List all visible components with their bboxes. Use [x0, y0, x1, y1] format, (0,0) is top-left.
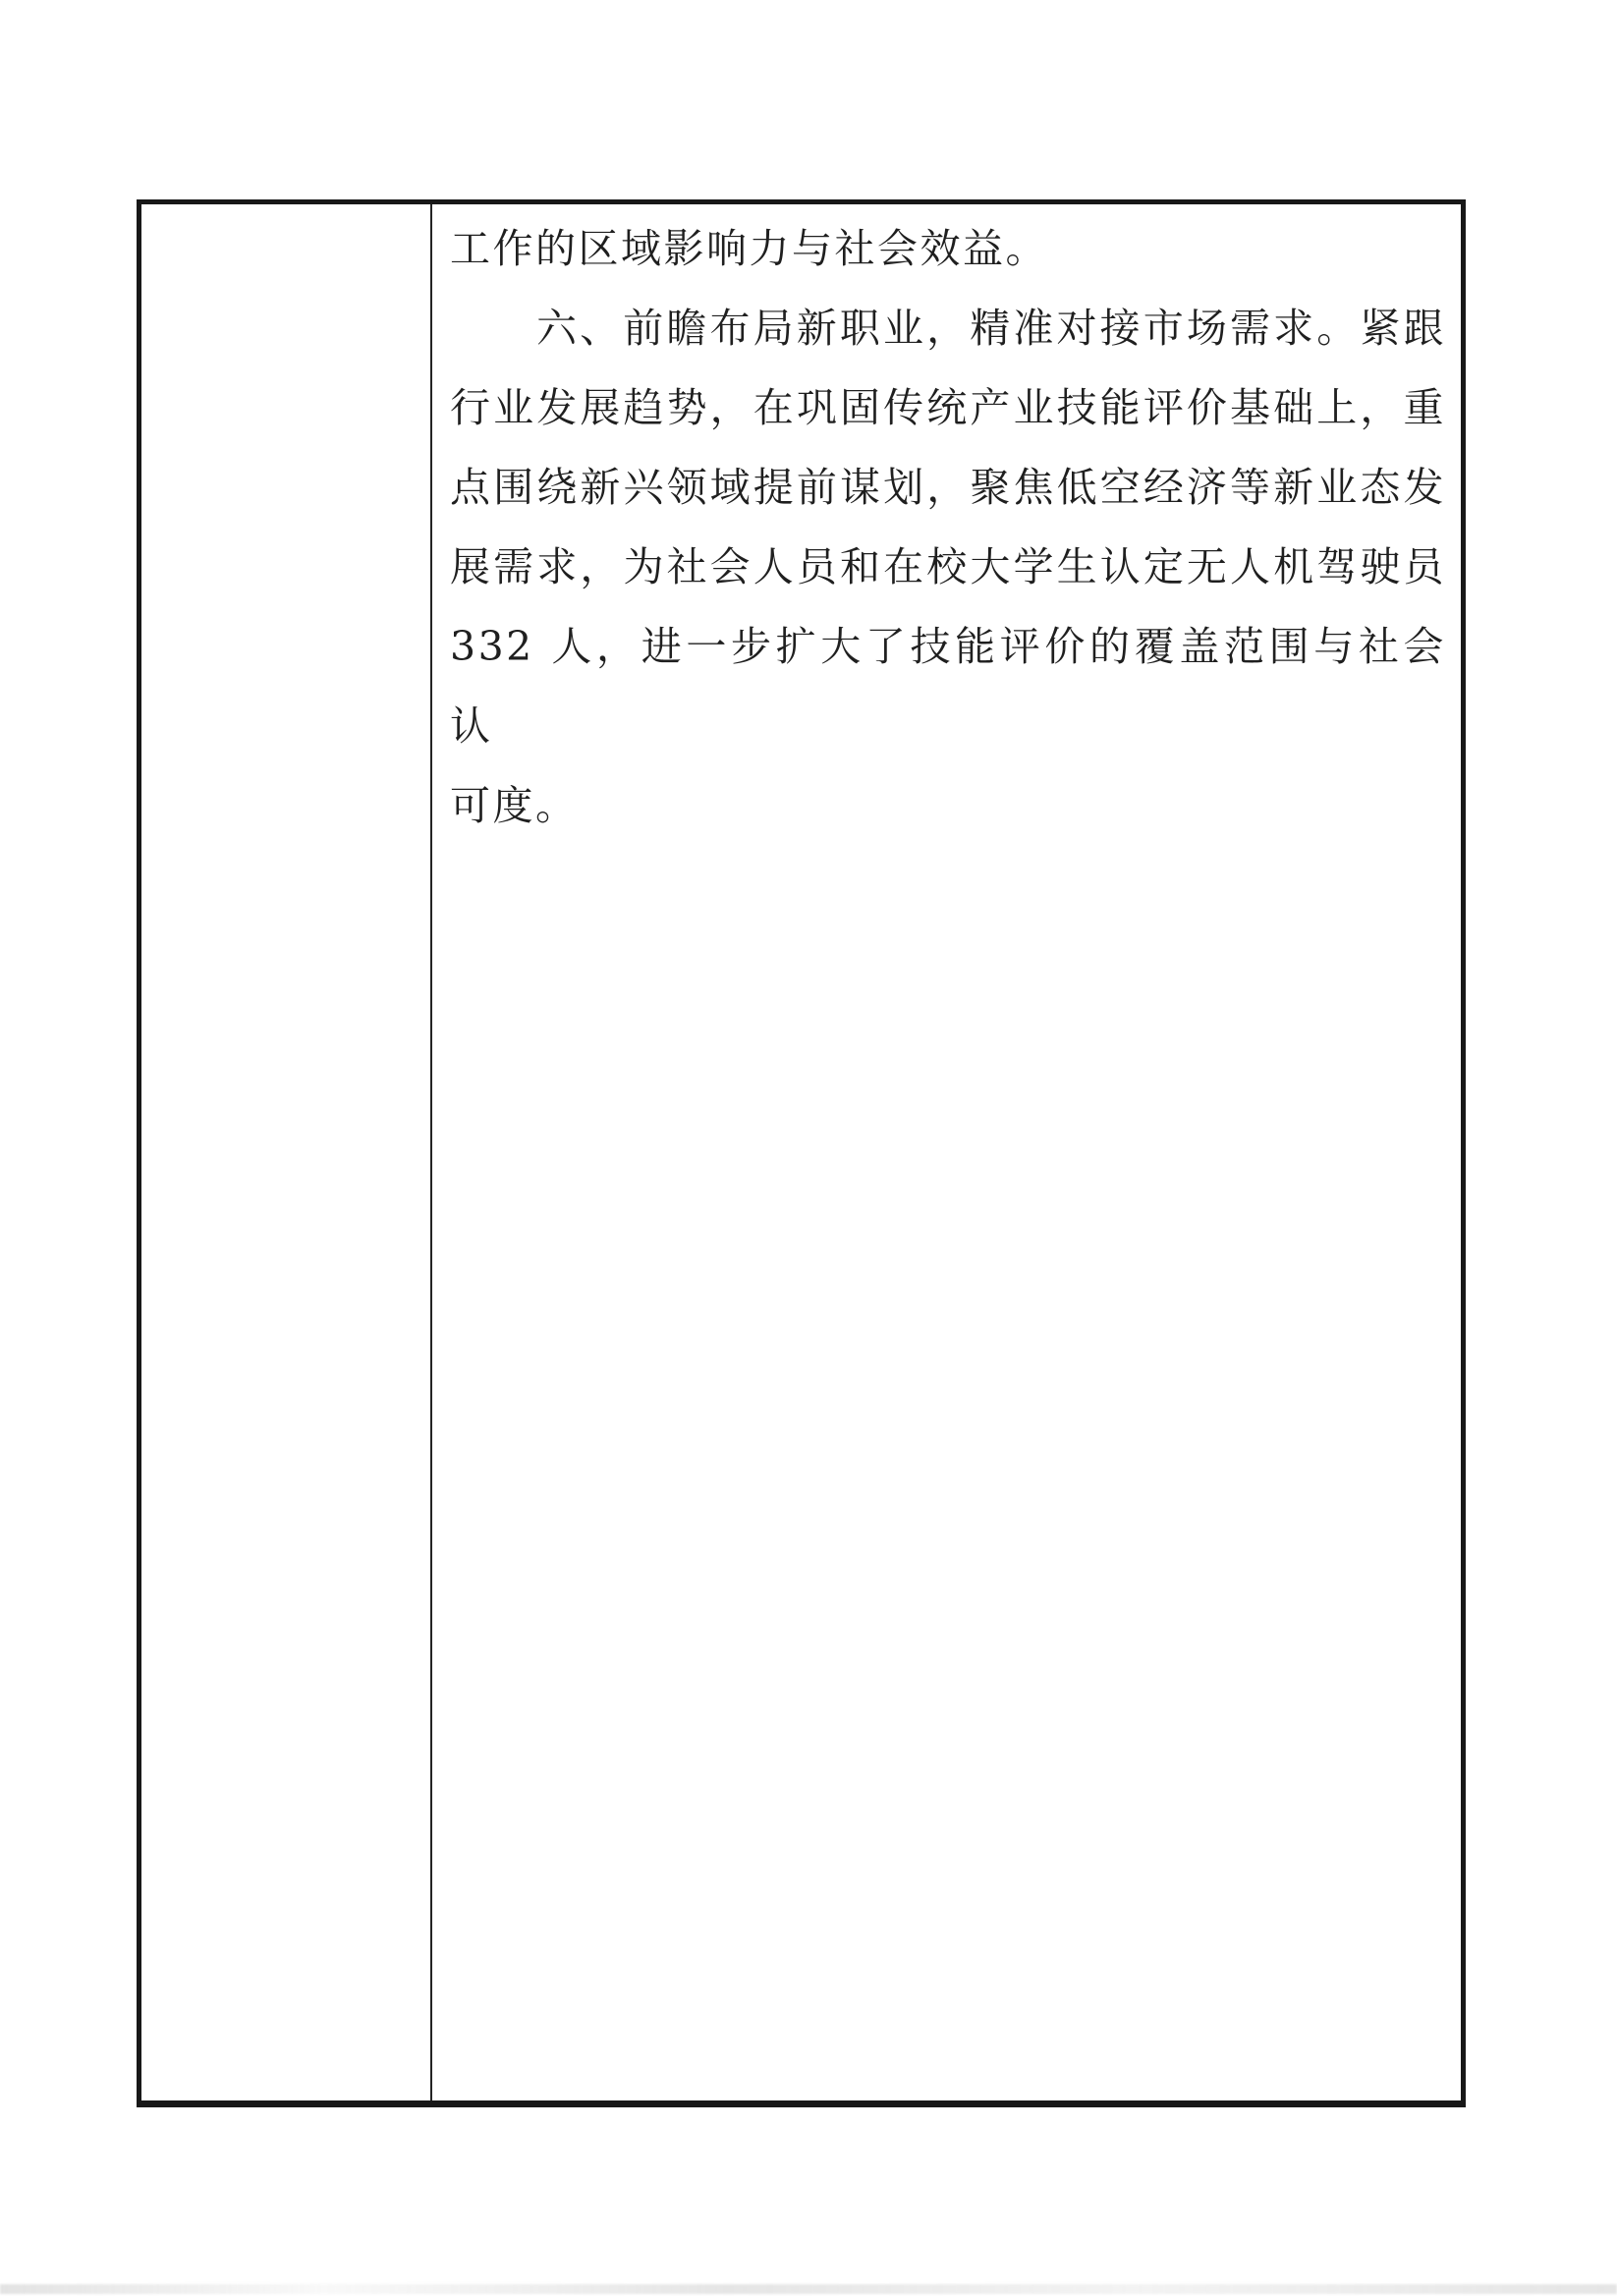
scan-edge-artifact	[0, 2284, 1617, 2294]
text-line: 展需求，为社会人员和在校大学生认定无人机驾驶员	[450, 528, 1446, 607]
content-column: 工作的区域影响力与社会效益。 六、前瞻布局新职业，精准对接市场需求。紧跟 行业发…	[432, 204, 1461, 2100]
scanned-document-page: { "document": { "colors": { "background"…	[0, 0, 1617, 2296]
text-line: 点围绕新兴领域提前谋划，聚焦低空经济等新业态发	[450, 448, 1446, 528]
empty-label-column	[141, 204, 432, 2100]
text-line: 工作的区域影响力与社会效益。	[450, 209, 1446, 289]
text-line: 332 人，进一步扩大了技能评价的覆盖范围与社会认	[450, 607, 1446, 766]
text-line: 可度。	[450, 766, 1446, 846]
text-line: 行业发展趋势，在巩固传统产业技能评价基础上，重	[450, 368, 1446, 448]
text-line: 六、前瞻布局新职业，精准对接市场需求。紧跟	[450, 289, 1446, 368]
document-table: 工作的区域影响力与社会效益。 六、前瞻布局新职业，精准对接市场需求。紧跟 行业发…	[137, 199, 1466, 2107]
